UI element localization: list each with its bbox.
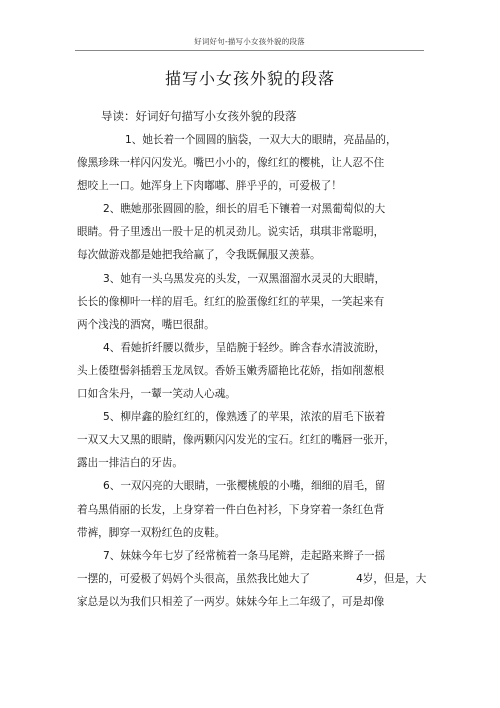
paragraph-2: 2、瞧她那张圆圆的脸，细长的眉毛下镶着一对黑葡萄似的大 眼睛。骨子里透出一股十足…: [77, 198, 427, 267]
document-body: 1、她长着一个圆圆的脑袋，一双大大的眼睛，亮晶晶的， 像黑珍珠一样闪闪发光。嘴巴…: [77, 129, 427, 614]
paragraph-line: 一双又大又黑的眼睛，像两颗闪闪发光的宝石。红红的嘴唇一张开，: [77, 429, 427, 452]
document-title: 描写小女孩外貌的段落: [0, 66, 500, 89]
paragraph-line: 带裤，脚穿一双粉红色的皮鞋。: [77, 522, 427, 545]
paragraph-line: 1、她长着一个圆圆的脑袋，一双大大的眼睛，亮晶晶的，: [77, 129, 427, 152]
paragraph-line: 一摆的，可爱极了妈妈个头很高，虽然我比她大了4岁，但是，大: [77, 568, 427, 591]
paragraph-5: 5、柳岸鑫的脸红红的，像熟透了的苹果，浓浓的眉毛下嵌着 一双又大又黑的眼睛，像两…: [77, 406, 427, 475]
paragraph-1: 1、她长着一个圆圆的脑袋，一双大大的眼睛，亮晶晶的， 像黑珍珠一样闪闪发光。嘴巴…: [77, 129, 427, 198]
paragraph-line: 4、看她折纤腰以微步，呈皓腕于轻纱。眸含春水清波流盼，: [77, 337, 427, 360]
line-text: 一摆的，可爱极了妈妈个头很高，虽然我比她大了: [77, 573, 310, 585]
paragraph-line: 头上倭堕髻斜插碧玉龙凤钗。香娇玉嫩秀靥艳比花娇，指如削葱根: [77, 360, 427, 383]
paragraph-line: 两个浅浅的酒窝，嘴巴很甜。: [77, 314, 427, 337]
paragraph-line: 2、瞧她那张圆圆的脸，细长的眉毛下镶着一对黑葡萄似的大: [77, 198, 427, 221]
paragraph-6: 6、一双闪亮的大眼睛，一张樱桃般的小嘴，细细的眉毛，留 着乌黑俏丽的长发，上身穿…: [77, 475, 427, 544]
paragraph-line: 3、她有一头乌黑发亮的头发，一双黑溜溜水灵灵的大眼睛，: [77, 268, 427, 291]
paragraph-line: 6、一双闪亮的大眼睛，一张樱桃般的小嘴，细细的眉毛，留: [77, 475, 427, 498]
running-header: 好词好句-描写小女孩外貌的段落: [75, 36, 424, 51]
line-text: 4岁，但是，大: [356, 573, 426, 585]
paragraph-line: 着乌黑俏丽的长发，上身穿着一件白色衬衫，下身穿着一条红色背: [77, 499, 427, 522]
paragraph-line: 像黑珍珠一样闪闪发光。嘴巴小小的，像红红的樱桃，让人忍不住: [77, 152, 427, 175]
paragraph-line: 露出一排洁白的牙齿。: [77, 452, 427, 475]
intro-text: 导读：好词好句描写小女孩外貌的段落: [101, 108, 297, 124]
paragraph-line: 7、妹妹今年七岁了经常梳着一条马尾辫，走起路来辫子一摇: [77, 545, 427, 568]
paragraph-line: 5、柳岸鑫的脸红红的，像熟透了的苹果，浓浓的眉毛下嵌着: [77, 406, 427, 429]
paragraph-7: 7、妹妹今年七岁了经常梳着一条马尾辫，走起路来辫子一摇 一摆的，可爱极了妈妈个头…: [77, 545, 427, 614]
paragraph-line: 长长的像柳叶一样的眉毛。红红的脸蛋像红红的苹果，一笑起来有: [77, 291, 427, 314]
paragraph-line: 想咬上一口。她浑身上下肉嘟嘟、胖乎乎的，可爱极了！: [77, 175, 427, 198]
paragraph-line: 家总是以为我们只相差了一两岁。妹妹今年上二年级了，可是却像: [77, 591, 427, 614]
paragraph-line: 每次做游戏都是她把我给赢了，令我既佩服又羡慕。: [77, 244, 427, 267]
paragraph-line: 口如含朱丹，一颦一笑动人心魂。: [77, 383, 427, 406]
paragraph-line: 眼睛。骨子里透出一股十足的机灵劲儿。说实话，琪琪非常聪明，: [77, 221, 427, 244]
paragraph-3: 3、她有一头乌黑发亮的头发，一双黑溜溜水灵灵的大眼睛， 长长的像柳叶一样的眉毛。…: [77, 268, 427, 337]
paragraph-4: 4、看她折纤腰以微步，呈皓腕于轻纱。眸含春水清波流盼， 头上倭堕髻斜插碧玉龙凤钗…: [77, 337, 427, 406]
